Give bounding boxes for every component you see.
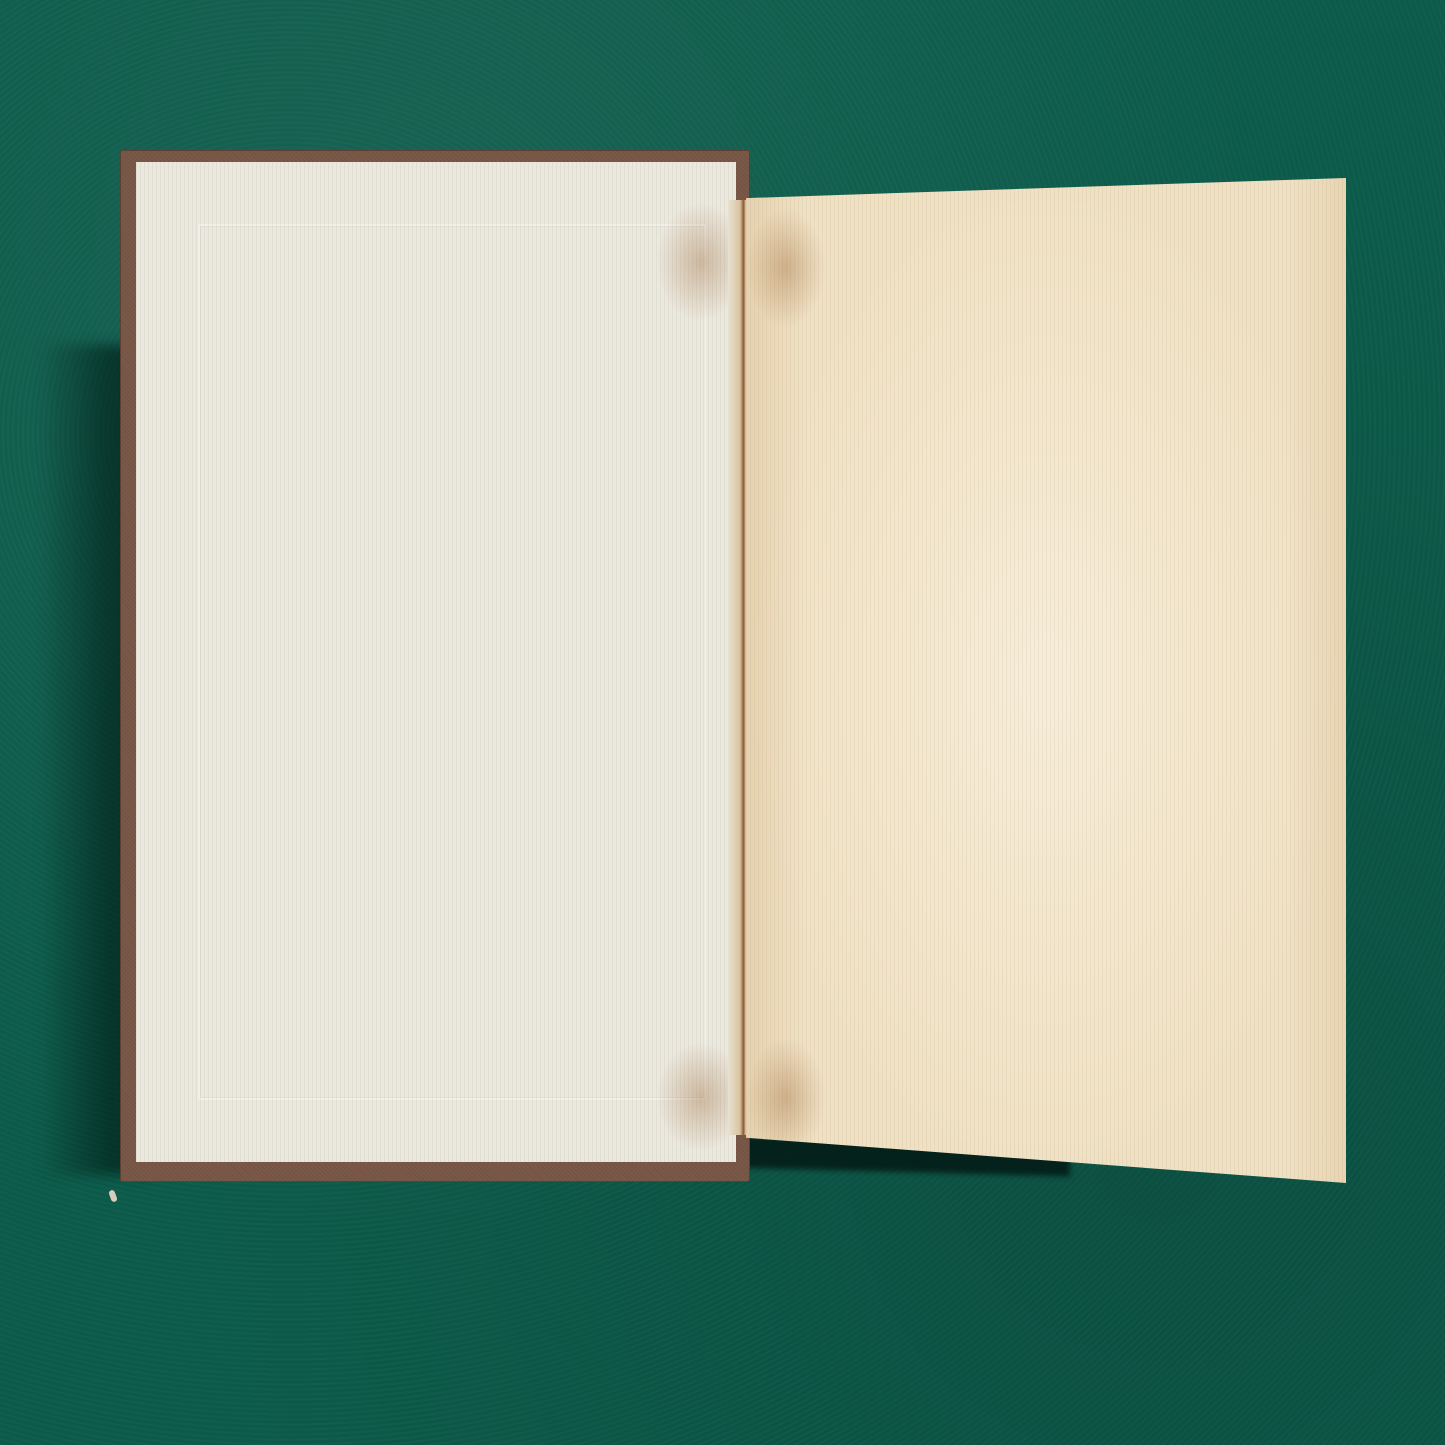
left-pastedown-endpaper — [136, 162, 736, 1162]
endpaper-impressed-frame — [198, 224, 706, 1100]
right-flyleaf-page — [746, 178, 1346, 1183]
foxing-stain-right-top — [746, 208, 826, 328]
